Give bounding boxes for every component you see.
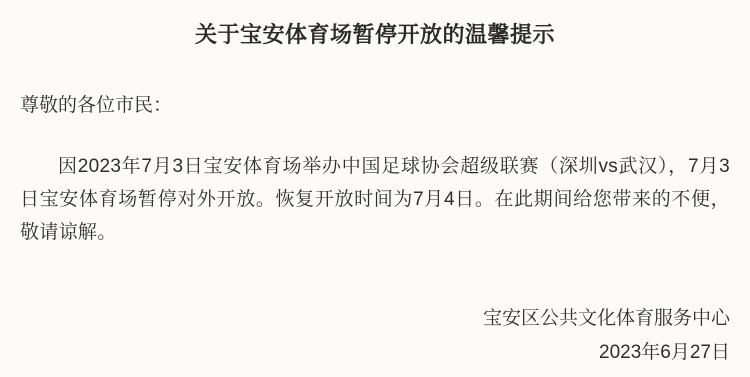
signature-organization: 宝安区公共文化体育服务中心 bbox=[20, 302, 730, 336]
salutation-text: 尊敬的各位市民： bbox=[20, 95, 730, 117]
notice-body-paragraph: 因2023年7月3日宝安体育场举办中国足球协会超级联赛（深圳vs武汉），7月3日… bbox=[20, 150, 730, 249]
signature-block: 宝安区公共文化体育服务中心 2023年6月27日 bbox=[20, 302, 730, 370]
notice-document: 关于宝安体育场暂停开放的温馨提示 尊敬的各位市民： 因2023年7月3日宝安体育… bbox=[0, 0, 750, 377]
signature-date: 2023年6月27日 bbox=[20, 336, 730, 370]
notice-title: 关于宝安体育场暂停开放的温馨提示 bbox=[20, 22, 730, 48]
